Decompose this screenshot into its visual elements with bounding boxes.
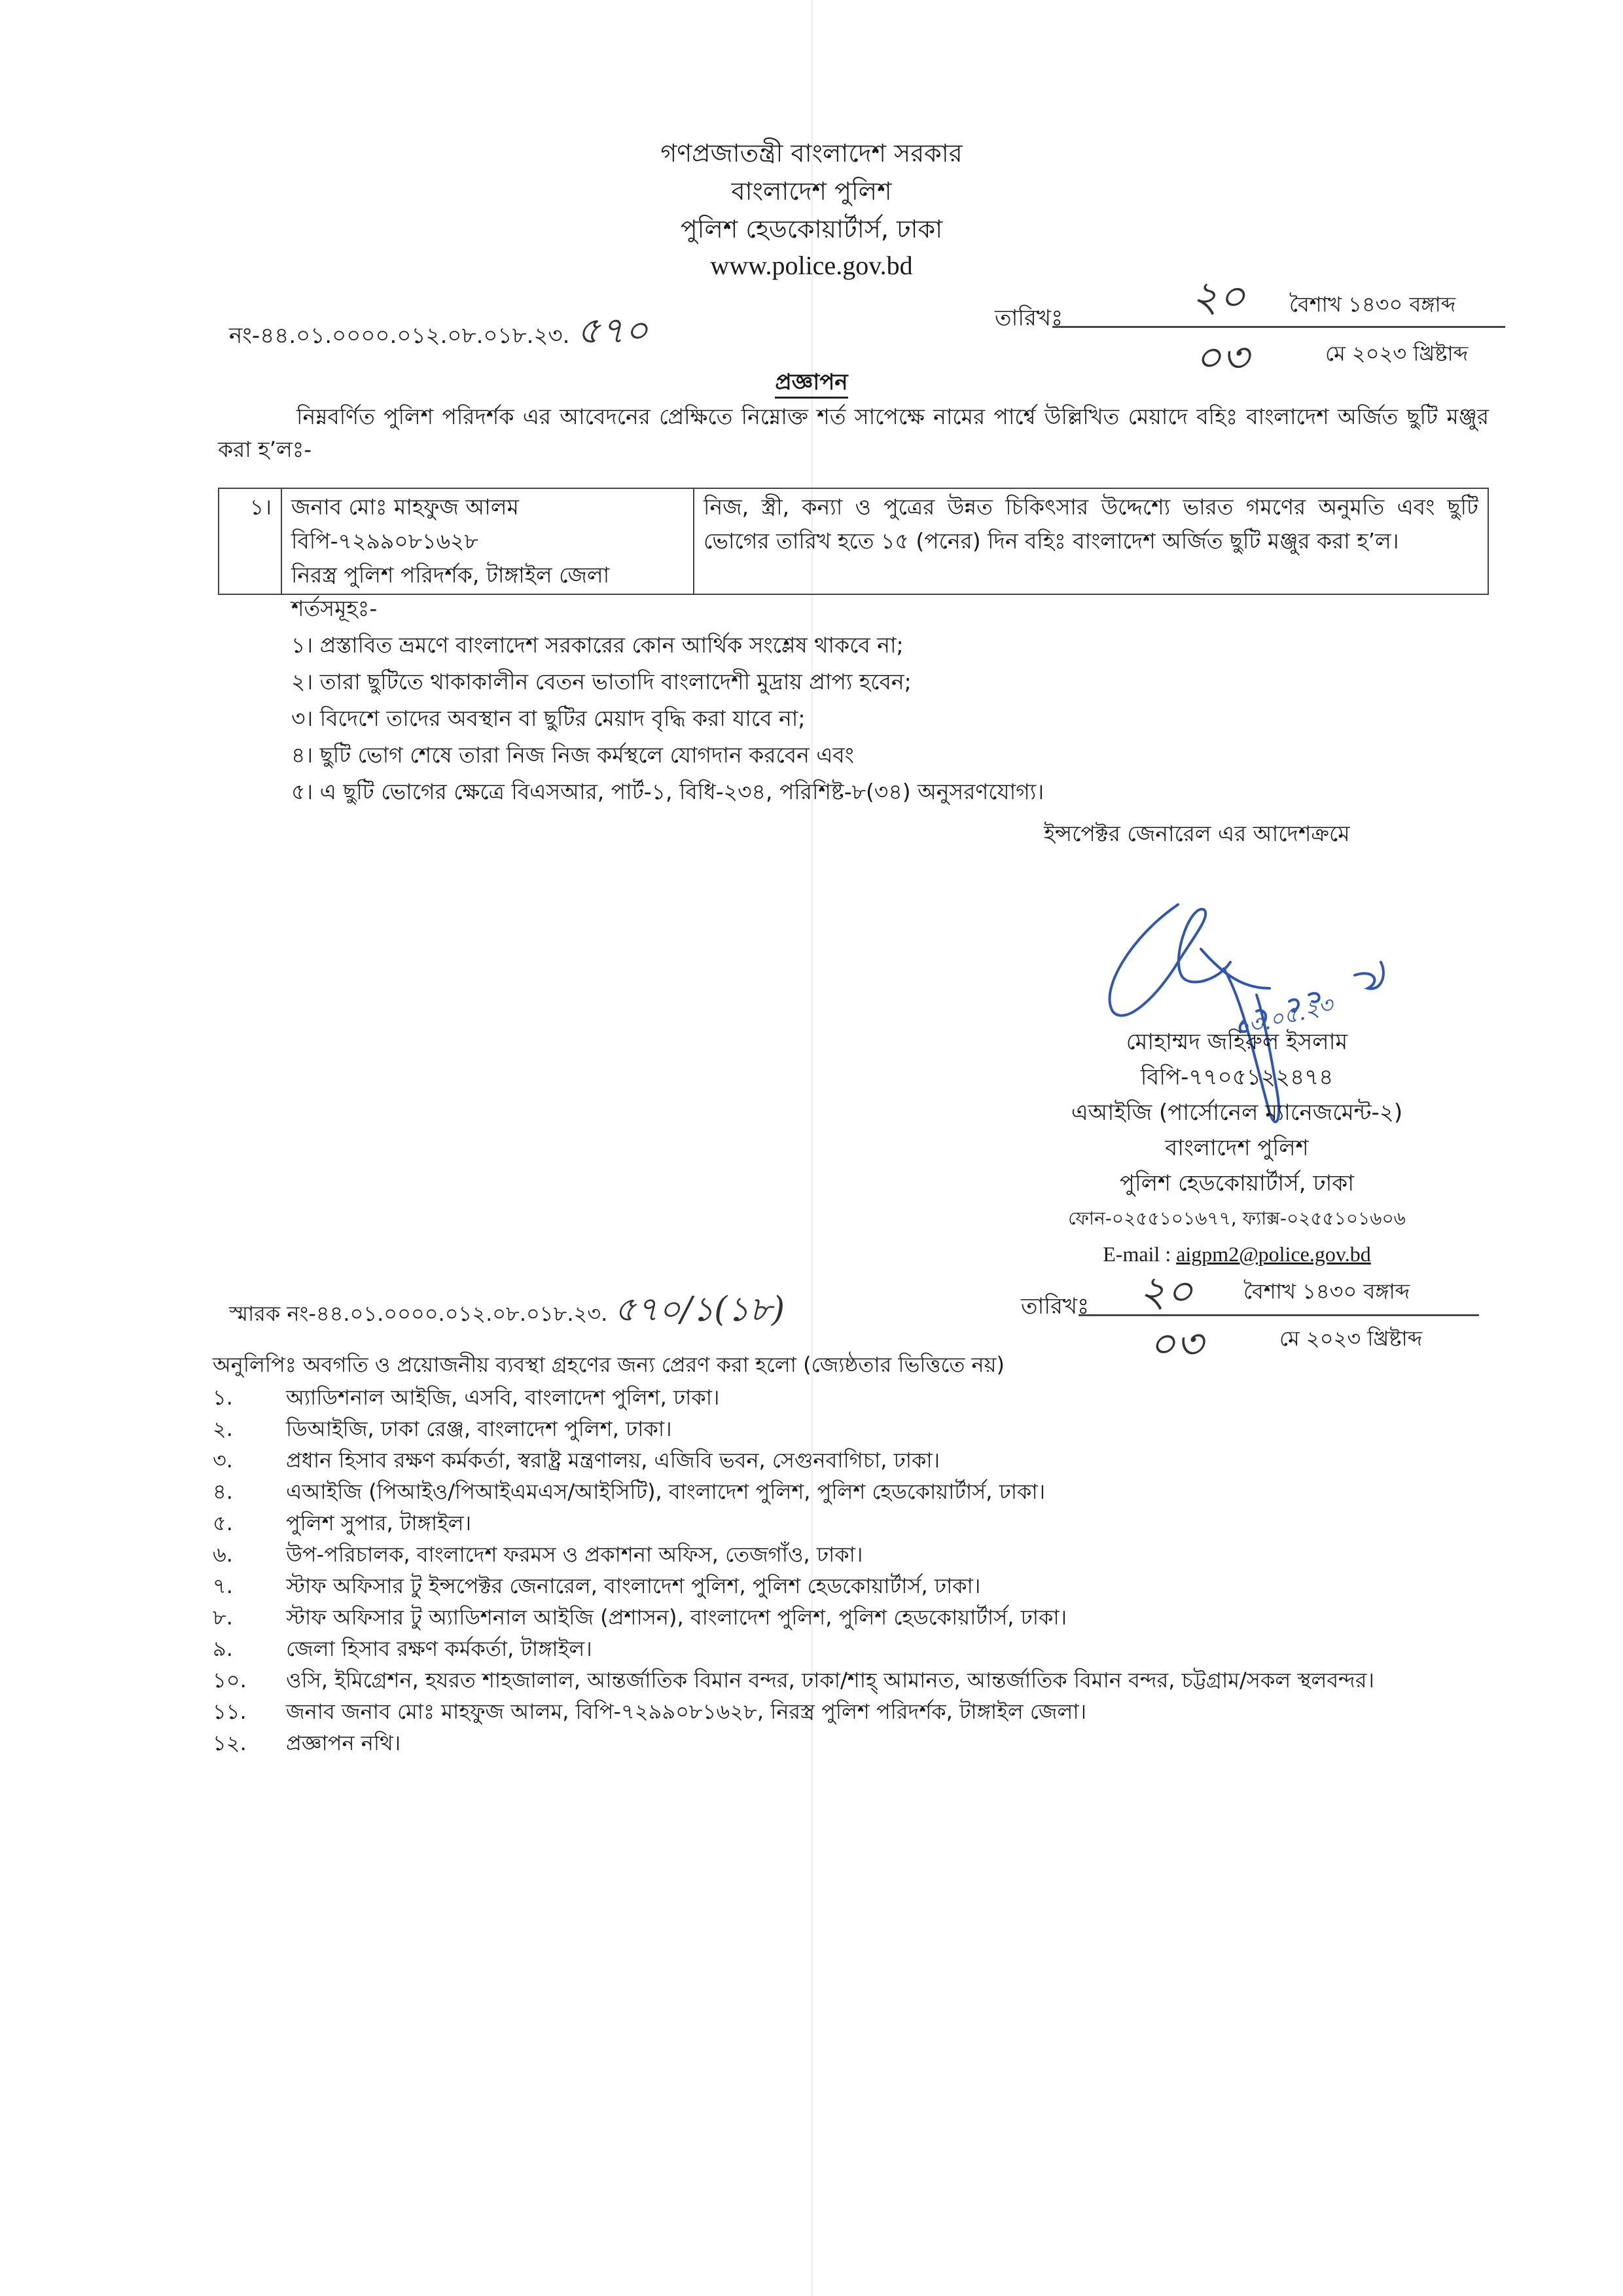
bangla-day-handwritten: ২০ [1191,265,1245,335]
date-label: তারিখঃ [995,301,1063,338]
government-title: গণপ্রজাতন্ত্রী বাংলাদেশ সরকার [0,134,1623,172]
recipient-number: ৯. [213,1632,286,1668]
condition-item: ৩। বিদেশে তাদের অবস্থান বা ছুটির মেয়াদ … [291,700,805,737]
list-item: ৯.জেলা হিসাব রক্ষণ কর্মকর্তা, টাঙ্গাইল। [213,1632,592,1668]
list-item: ৬.উপ-পরিচালক, বাংলাদেশ ফরমস ও প্রকাশনা অ… [213,1538,863,1573]
signatory-org: বাংলাদেশ পুলিশ [1021,1130,1453,1166]
recipient-number: ২. [213,1412,286,1448]
recipient-text: জেলা হিসাব রক্ষণ কর্মকর্তা, টাঙ্গাইল। [286,1636,592,1661]
english-day-handwritten: ০৩ [1149,1312,1203,1382]
memo-reference: নং-৪৪.০১.০০০০.০১২.০৮.০১৮.২৩. ৫৭০ [229,302,648,364]
condition-item: ২। তারা ছুটিতে থাকাকালীন বেতন ভাতাদি বাং… [291,664,912,700]
notice-title: প্রজ্ঞাপন [775,369,847,399]
conditions-title: শর্তসমূহঃ- [291,590,377,627]
signatory-office: পুলিশ হেডকোয়ার্টার্স, ঢাকা [1021,1166,1453,1201]
english-date: মে ২০২৩ খ্রিষ্টাব্দ [1279,1322,1422,1357]
signatory-block: মোহাম্মদ জহিরুল ইসলাম বিপি-৭৭০৫১২২৪৭৪ এআ… [1021,1024,1453,1272]
recipient-text: প্রধান হিসাব রক্ষণ কর্মকর্তা, স্বরাষ্ট্র… [286,1448,940,1473]
signatory-contact: ফোন-০২৫৫১০১৬৭৭, ফ্যাক্স-০২৫৫১০১৬০৬ [1021,1201,1453,1236]
list-item: ৫.পুলিশ সুপার, টাঙ্গাইল। [213,1507,471,1542]
recipient-text: প্রজ্ঞাপন নথি। [286,1731,401,1755]
memo-ref-prefix: নং-৪৪.০১.০০০০.০১২.০৮.০১৮.২৩. [229,323,569,349]
signatory-name: মোহাম্মদ জহিরুল ইসলাম [1021,1024,1453,1060]
signatory-bp: বিপি-৭৭০৫১২২৪৭৪ [1021,1060,1453,1095]
bangla-date: বৈশাখ ১৪৩০ বঙ্গাব্দ [1243,1275,1410,1310]
copy-ref-handwritten: ৫৭০/১(১৮) [614,1290,785,1329]
leave-details-cell: নিজ, স্ত্রী, কন্যা ও পুত্রের উন্নত চিকিৎ… [694,488,1488,594]
recipient-number: ৭. [213,1570,286,1605]
list-item: ৪.এআইজি (পিআইও/পিআইএমএস/আইসিটি), বাংলাদে… [213,1475,1045,1511]
officer-cell: জনাব মোঃ মাহফুজ আলম বিপি-৭২৯৯০৮১৬২৮ নিরস… [281,488,694,594]
copy-memo-date: তারিখঃ ২০ বৈশাখ ১৪৩০ বঙ্গাব্দ ০৩ মে ২০২৩… [982,1257,1479,1361]
list-item: ১.অ্যাডিশনাল আইজি, এসবি, বাংলাদেশ পুলিশ,… [213,1381,719,1416]
recipient-text: অ্যাডিশনাল আইজি, এসবি, বাংলাদেশ পুলিশ, ঢ… [286,1385,719,1410]
list-item: ১২.প্রজ্ঞাপন নথি। [213,1727,401,1762]
recipient-number: ১১. [213,1695,286,1731]
recipient-number: ৬. [213,1538,286,1573]
recipient-number: ১০. [213,1664,286,1699]
memo-ref-handwritten: ৫৭০ [577,310,648,352]
list-item: ২.ডিআইজি, ঢাকা রেঞ্জ, বাংলাদেশ পুলিশ, ঢা… [213,1412,672,1448]
recipient-text: এআইজি (পিআইও/পিআইএমএস/আইসিটি), বাংলাদেশ … [286,1479,1045,1504]
recipient-number: ১২. [213,1727,286,1762]
copy-ref-prefix: স্মারক নং-৪৪.০১.০০০০.০১২.০৮.০১৮.২৩. [229,1301,607,1326]
recipient-number: ৪. [213,1475,286,1511]
recipient-text: ওসি, ইমিগ্রেশন, হযরত শাহজালাল, আন্তর্জাত… [286,1668,1374,1693]
recipient-number: ৩. [213,1444,286,1479]
serial-cell: ১। [219,488,281,594]
list-item: ৩.প্রধান হিসাব রক্ষণ কর্মকর্তা, স্বরাষ্ট… [213,1444,940,1479]
recipient-text: উপ-পরিচালক, বাংলাদেশ ফরমস ও প্রকাশনা অফি… [286,1542,863,1567]
recipient-text: ডিআইজি, ঢাকা রেঞ্জ, বাংলাদেশ পুলিশ, ঢাকা… [286,1416,672,1441]
recipient-number: ১. [213,1381,286,1416]
recipient-number: ৫. [213,1507,286,1542]
officer-bp: বিপি-৭২৯৯০৮১৬২৮ [291,524,684,558]
date-divider [1052,326,1505,328]
recipient-text: পুলিশ সুপার, টাঙ্গাইল। [286,1511,471,1535]
paper-fold-crease [811,0,813,2296]
date-label: তারিখঃ [1021,1289,1089,1327]
date-divider [1079,1314,1479,1316]
notice-intro: নিম্নবর্ণিত পুলিশ পরিদর্শক এর আবেদনের প্… [218,401,1489,466]
table-row: ১। জনাব মোঃ মাহফুজ আলম বিপি-৭২৯৯০৮১৬২৮ ন… [219,488,1488,594]
recipient-text: স্টাফ অফিসার টু ইন্সপেক্টর জেনারেল, বাংল… [286,1573,980,1598]
recipient-number: ৮. [213,1601,286,1636]
signatory-designation: এআইজি (পার্সোনেল ম্যানেজমেন্ট-২) [1021,1095,1453,1130]
list-item: ৭.স্টাফ অফিসার টু ইন্সপেক্টর জেনারেল, বা… [213,1570,980,1605]
recipient-text: স্টাফ অফিসার টু অ্যাডিশনাল আইজি (প্রশাসন… [286,1605,1067,1630]
order-line: ইন্সপেক্টর জেনারেল এর আদেশক্রমে [1044,817,1350,853]
bangla-date: বৈশাখ ১৪৩০ বঙ্গাব্দ [1289,288,1455,323]
copy-intro: অনুলিপিঃ অবগতি ও প্রয়োজনীয় ব্যবস্থা গ্… [213,1348,1005,1384]
officer-name: জনাব মোঃ মাহফুজ আলম [291,490,684,524]
list-item: ১০.ওসি, ইমিগ্রেশন, হযরত শাহজালাল, আন্তর্… [213,1664,1374,1699]
notice-title-wrap: প্রজ্ঞাপন [0,365,1623,403]
copy-memo-reference: স্মারক নং-৪৪.০১.০০০০.০১২.০৮.০১৮.২৩. ৫৭০/… [229,1283,785,1340]
condition-item: ৫। এ ছুটি ভোগের ক্ষেত্রে বিএসআর, পার্ট-১… [291,774,1044,810]
officer-designation: নিরস্ত্র পুলিশ পরিদর্শক, টাঙ্গাইল জেলা [291,558,684,592]
department-title: বাংলাদেশ পুলিশ [0,172,1623,210]
list-item: ৮.স্টাফ অফিসার টু অ্যাডিশনাল আইজি (প্রশা… [213,1601,1067,1636]
condition-item: ৪। ছুটি ভোগ শেষে তারা নিজ নিজ কর্মস্থলে … [291,737,854,774]
office-title: পুলিশ হেডকোয়ার্টার্স, ঢাকা [0,210,1623,248]
condition-item: ১। প্রস্তাবিত ভ্রমণে বাংলাদেশ সরকারের কো… [291,627,904,664]
list-item: ১১.জনাব জনাব মোঃ মাহফুজ আলম, বিপি-৭২৯৯০৮… [213,1695,1086,1731]
recipient-text: জনাব জনাব মোঃ মাহফুজ আলম, বিপি-৭২৯৯০৮১৬২… [286,1699,1086,1724]
leave-grant-table: ১। জনাব মোঃ মাহফুজ আলম বিপি-৭২৯৯০৮১৬২৮ ন… [218,488,1489,595]
